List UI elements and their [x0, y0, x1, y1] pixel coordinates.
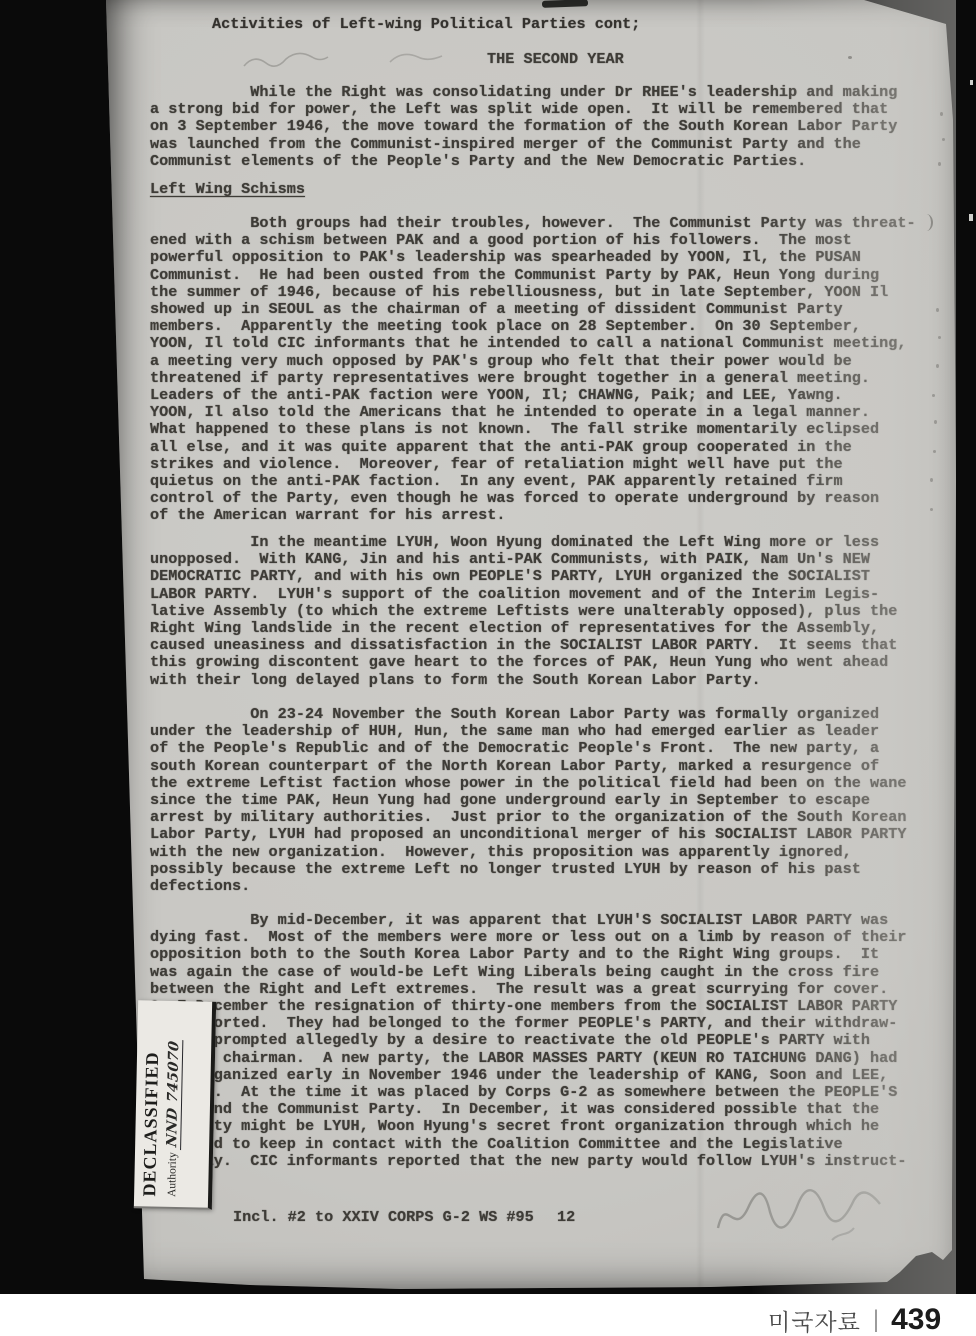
archive-page-number: 439 [891, 1303, 941, 1336]
scan-speck [942, 138, 945, 141]
declassified-stamp-text: DECLASSIFIED Authority NND 745070 [134, 1000, 208, 1207]
section-heading-left-wing-schisms: Left Wing Schisms [150, 181, 305, 198]
page-title: THE SECOND YEAR [487, 51, 624, 68]
paragraph-intro: While the Right was consolidating under … [150, 84, 897, 170]
paragraph-schism: Both groups had their troubles, however.… [150, 215, 916, 525]
footer-page-number: 12 [557, 1209, 575, 1226]
scan-speck [932, 394, 935, 397]
paragraph-december: By mid-December, it was apparent that LY… [150, 912, 906, 1187]
archive-caption: 미국자료 | 439 [768, 1303, 941, 1336]
caption-separator: | [873, 1306, 879, 1334]
paragraph-lyuh: In the meantime LYUH, Woon Hyung dominat… [150, 534, 897, 689]
scan-speck [938, 162, 941, 166]
scan-speck [938, 336, 941, 339]
scan-speck [930, 508, 933, 511]
scan-speck [940, 112, 943, 116]
scan-speck [934, 420, 937, 424]
scan-edge-nick [969, 214, 973, 221]
stamp-authority-number: NND 745070 [164, 1038, 183, 1150]
signature-scrawl [712, 1178, 888, 1252]
stamp-authority-line: Authority NND 745070 [163, 1009, 184, 1197]
footer-inclosure-line: Incl. #2 to XXIV CORPS G-2 WS #95 [233, 1209, 534, 1226]
page-header: Activities of Left-wing Political Partie… [212, 16, 640, 33]
declassified-stamp: DECLASSIFIED Authority NND 745070 [134, 1000, 216, 1210]
scan-speck [936, 364, 939, 368]
paragraph-sk-labor-party: On 23-24 November the South Korean Labor… [150, 706, 906, 895]
scan-speck [933, 450, 936, 453]
scan-speck [936, 308, 939, 312]
scan-speck [930, 478, 933, 482]
stamp-authority-label: Authority [166, 1152, 179, 1197]
declassified-label: DECLASSIFIED [139, 1008, 164, 1196]
scan-speck [848, 56, 852, 59]
archive-source-label: 미국자료 [768, 1304, 861, 1336]
pencil-scribbles [240, 46, 460, 80]
scan-edge-nick [970, 80, 973, 85]
